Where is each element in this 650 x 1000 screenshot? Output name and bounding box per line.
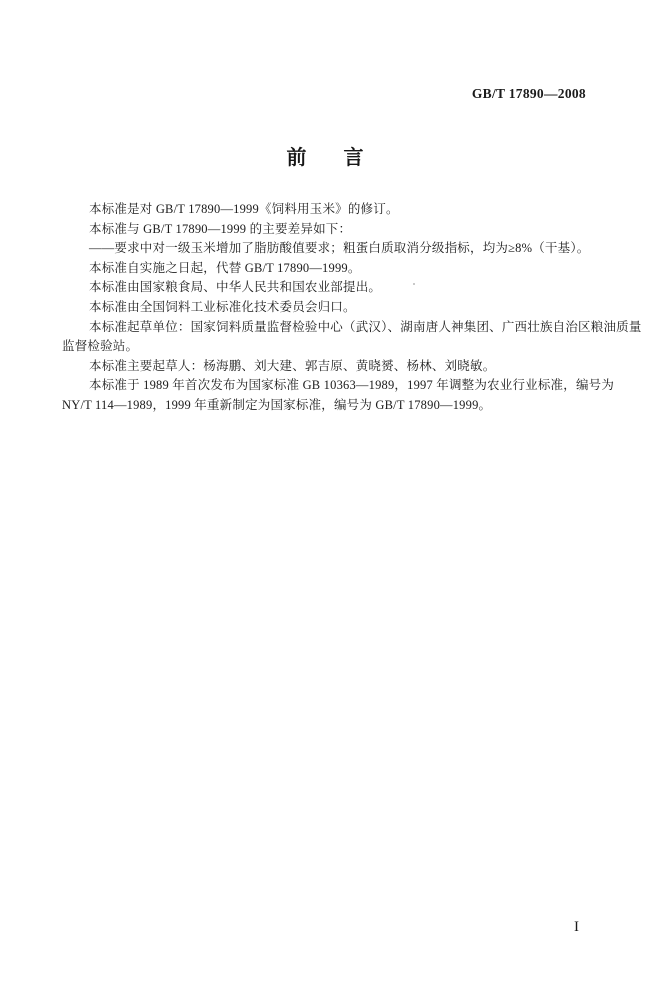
page-number: I bbox=[574, 919, 579, 936]
foreword-line: 本标准与 GB/T 17890—1999 的主要差异如下： bbox=[62, 220, 590, 240]
standard-number: GB/T 17890—2008 bbox=[472, 86, 586, 102]
foreword-line: ——要求中对一级玉米增加了脂肪酸值要求；粗蛋白质取消分级指标，均为≥8%（干基）… bbox=[62, 239, 590, 259]
document-page: GB/T 17890—2008 前言 本标准是对 GB/T 17890—1999… bbox=[0, 0, 650, 1000]
foreword-line: 本标准由国家粮食局、中华人民共和国农业部提出。 bbox=[62, 278, 590, 298]
foreword-line: 本标准主要起草人：杨海鹏、刘大建、郭吉原、黄晓赟、杨林、刘晓敏。 bbox=[62, 357, 590, 377]
foreword-title-char-1: 前 bbox=[287, 147, 307, 169]
scan-speck bbox=[413, 283, 415, 285]
foreword-title-char-2: 言 bbox=[344, 147, 364, 169]
foreword-line: 本标准于 1989 年首次发布为国家标准 GB 10363—1989，1997 … bbox=[62, 376, 590, 396]
foreword-line: 本标准起草单位：国家饲料质量监督检验中心（武汉）、湖南唐人神集团、广西壮族自治区… bbox=[62, 318, 590, 338]
foreword-line: 监督检验站。 bbox=[62, 337, 590, 357]
foreword-line: 本标准自实施之日起，代替 GB/T 17890—1999。 bbox=[62, 259, 590, 279]
foreword-line: 本标准是对 GB/T 17890—1999《饲料用玉米》的修订。 bbox=[62, 200, 590, 220]
foreword-line: NY/T 114—1989，1999 年重新制定为国家标准，编号为 GB/T 1… bbox=[62, 396, 590, 416]
foreword-body: 本标准是对 GB/T 17890—1999《饲料用玉米》的修订。 本标准与 GB… bbox=[62, 200, 590, 416]
foreword-line: 本标准由全国饲料工业标准化技术委员会归口。 bbox=[62, 298, 590, 318]
foreword-title: 前言 bbox=[0, 141, 650, 170]
